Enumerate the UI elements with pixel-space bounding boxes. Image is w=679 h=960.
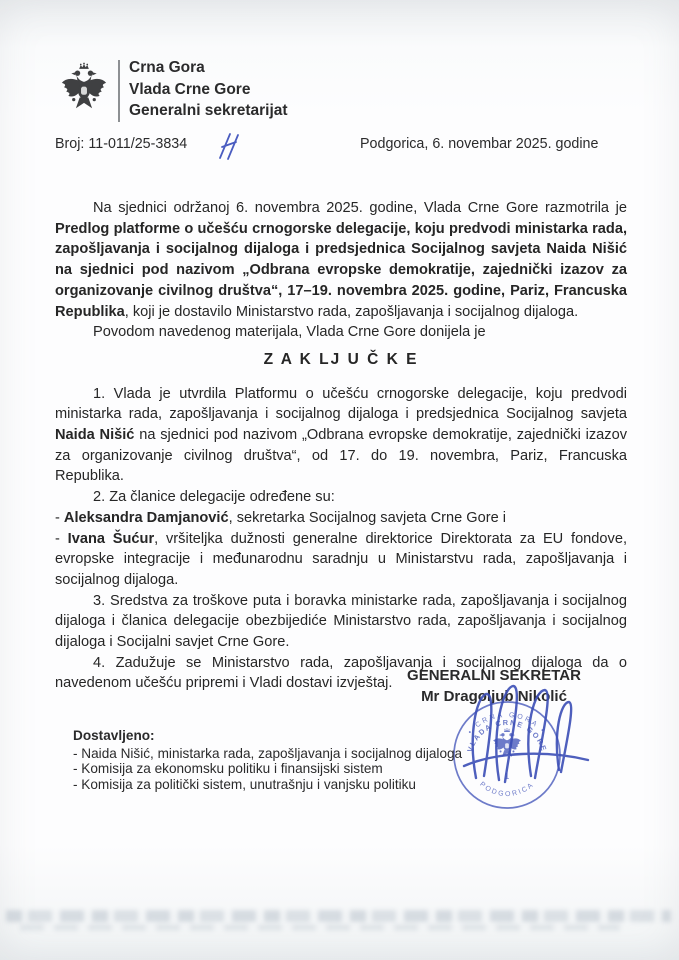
distribution-item: - Naida Nišić, ministarka rada, zapošlja… xyxy=(73,746,462,762)
document-page: Crna Gora Vlada Crne Gore Generalni sekr… xyxy=(0,0,679,960)
reference-number: Broj: 11-011/25-3834 xyxy=(55,136,187,152)
paragraph-intro: Na sjednici održanoj 6. novembra 2025. g… xyxy=(55,198,627,322)
org-secretariat: Generalni sekretarijat xyxy=(129,100,288,122)
delegate-item-2: - Ivana Šućur, vršiteljka dužnosti gener… xyxy=(55,529,627,591)
distribution-item: - Komisija za politički sistem, unutrašn… xyxy=(73,777,462,793)
distribution-item: - Komisija za ekonomsku politiku i finan… xyxy=(73,761,462,777)
conclusion-2: 2. Za članice delegacije određene su: xyxy=(55,487,627,508)
distribution-label: Dostavljeno: xyxy=(73,728,462,744)
delegate-item-1: - Aleksandra Damjanović, sekretarka Soci… xyxy=(55,508,627,529)
montenegro-coat-of-arms-icon xyxy=(57,60,111,122)
document-body: Na sjednici održanoj 6. novembra 2025. g… xyxy=(55,198,627,694)
letterhead-org: Crna Gora Vlada Crne Gore Generalni sekr… xyxy=(129,57,288,122)
scan-artifact xyxy=(0,906,679,936)
place-date: Podgorica, 6. novembar 2025. godine xyxy=(360,136,598,152)
handwritten-mark-icon xyxy=(215,130,243,162)
distribution-list: Dostavljeno: - Naida Nišić, ministarka r… xyxy=(73,728,462,792)
handwritten-signature xyxy=(446,676,606,794)
paragraph-povodom: Povodom navedenog materijala, Vlada Crne… xyxy=(55,322,627,343)
conclusion-3: 3. Sredstva za troškove puta i boravka m… xyxy=(55,591,627,653)
org-government: Vlada Crne Gore xyxy=(129,79,288,101)
letterhead-divider xyxy=(118,60,120,122)
conclusion-1: 1. Vlada je utvrdila Platformu o učešću … xyxy=(55,384,627,488)
org-country: Crna Gora xyxy=(129,57,288,79)
conclusions-heading: Z A K LJ U Č K E xyxy=(55,350,627,371)
